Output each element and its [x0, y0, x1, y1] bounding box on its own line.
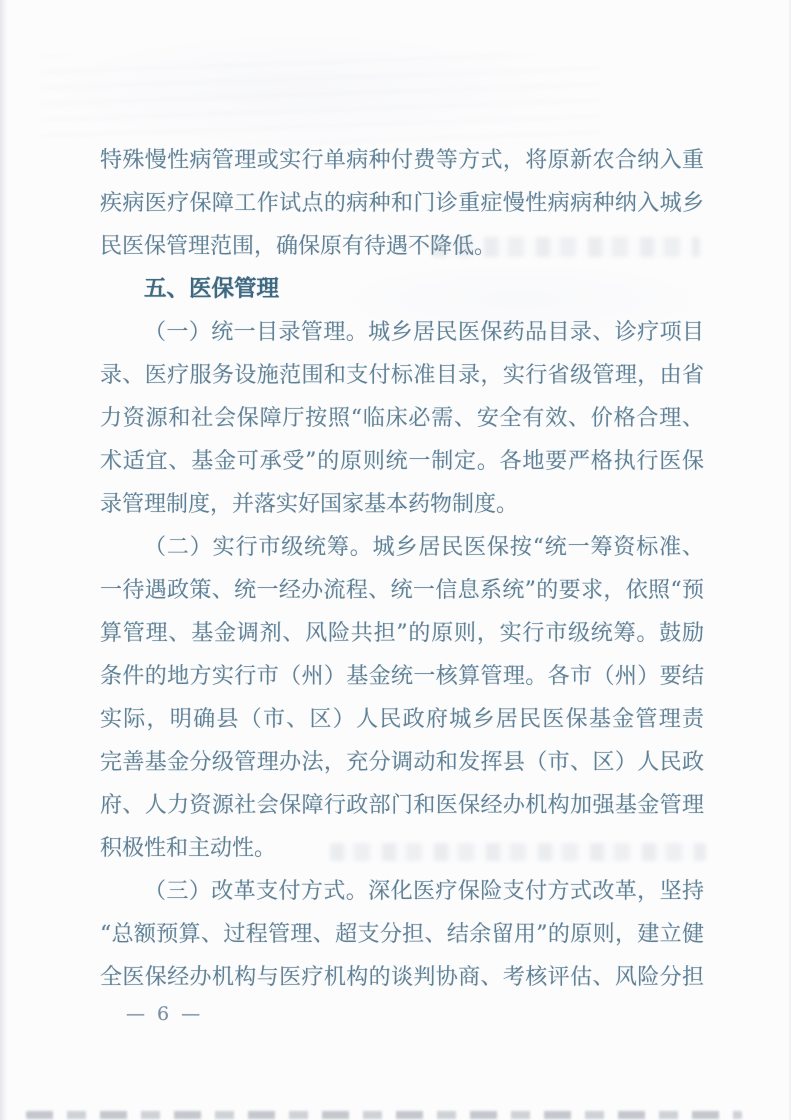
next-page-bleed-edge: [26, 1111, 742, 1119]
text-block: 特殊慢性病管理或实行单病种付费等方式，将原新农合纳入重大 疾病医疗保障工作试点的…: [100, 139, 704, 999]
text-line: 疾病医疗保障工作试点的病种和门诊重症慢性病病种纳入城乡居: [100, 182, 704, 225]
text-line: 府、人力资源社会保障行政部门和医保经办机构加强基金管理的: [100, 784, 704, 827]
text-line: 录管理制度，并落实好国家基本药物制度。: [100, 483, 704, 526]
text-line: 完善基金分级管理办法，充分调动和发挥县（市、区）人民政: [100, 741, 704, 784]
text-line: 力资源和社会保障厅按照“临床必需、安全有效、价格合理、技: [100, 397, 704, 440]
text-line: 条件的地方实行市（州）基金统一核算管理。各市（州）要结合: [100, 655, 704, 698]
text-line: （一）统一目录管理。城乡居民医保药品目录、诊疗项目目: [100, 311, 704, 354]
scan-left-edge-shadow: [0, 0, 8, 1120]
text-line: 算管理、基金调剂、风险共担”的原则，实行市级统筹。鼓励有: [100, 612, 704, 655]
text-line: （二）实行市级统筹。城乡居民医保按“统一筹资标准、统: [100, 526, 704, 569]
bleedthrough-ghost-text: [330, 843, 706, 861]
text-line: 录、医疗服务设施范围和支付标准目录，实行省级管理，由省人: [100, 354, 704, 397]
text-line: 特殊慢性病管理或实行单病种付费等方式，将原新农合纳入重大: [100, 139, 704, 182]
text-line: 实际，明确县（市、区）人民政府城乡居民医保基金管理责任，: [100, 698, 704, 741]
text-line: 全医保经办机构与医疗机构的谈判协商、考核评估、风险分担及: [100, 956, 704, 999]
text-line: “总额预算、过程管理、超支分担、结余留用”的原则，建立健: [100, 913, 704, 956]
text-line: （三）改革支付方式。深化医疗保险支付方式改革，坚持: [100, 870, 704, 913]
text-line: 一待遇政策、统一经办流程、统一信息系统”的要求，依照“预: [100, 569, 704, 612]
section-heading: 五、医保管理: [100, 268, 704, 311]
document-page: 特殊慢性病管理或实行单病种付费等方式，将原新农合纳入重大 疾病医疗保障工作试点的…: [0, 0, 791, 1120]
scan-top-smudge: [40, 55, 600, 145]
text-line: 术适宜、基金可承受”的原则统一制定。各地要严格执行医保目: [100, 440, 704, 483]
page-number: — 6 —: [126, 1000, 203, 1028]
bleedthrough-ghost-text: [432, 237, 700, 257]
